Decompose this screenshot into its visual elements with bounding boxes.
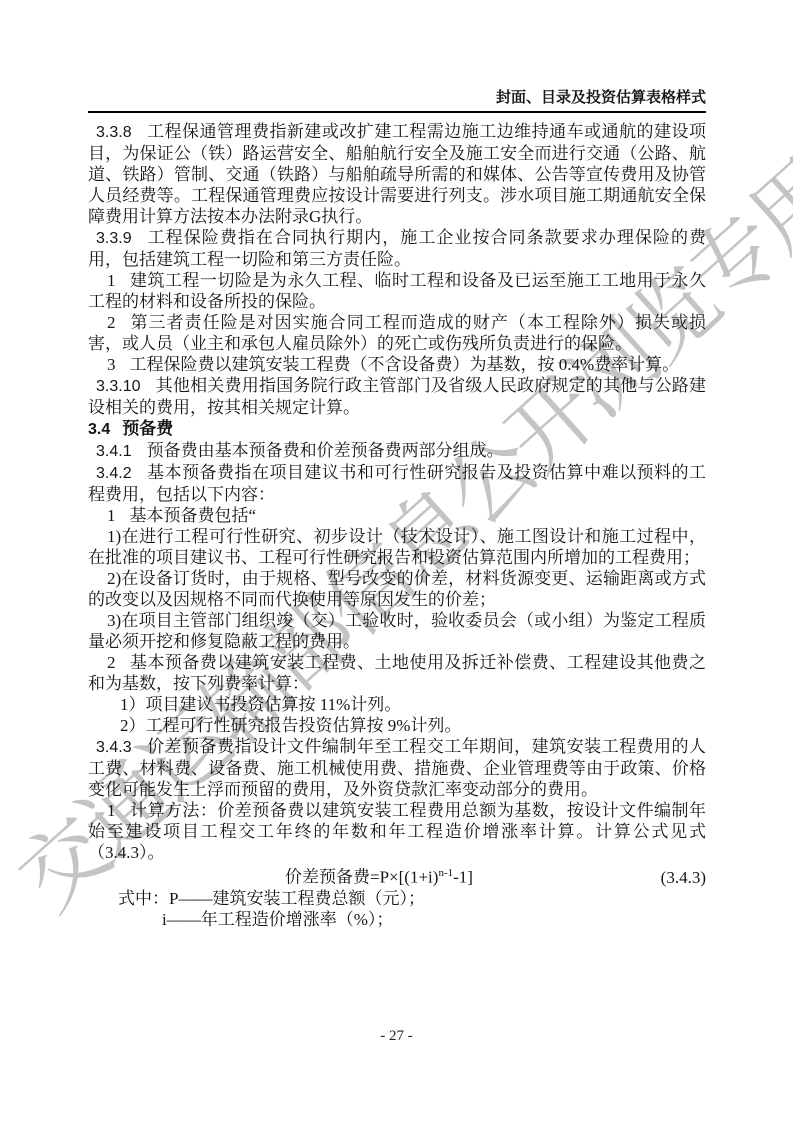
heading-title: 预备费 [122,419,173,438]
item-text: 计算方法：价差预备费以建筑安装工程费用总额为基数，按设计文件编制年始至建设项目工… [88,801,706,862]
list-subitem-3: 3)在项目主管部门组织竣（交）工验收时，验收委员会（或小组）为鉴定工程质量必须开… [88,610,706,652]
formula-line: 价差预备费=P×[(1+i)n-1-1] (3.4.3) [88,863,706,888]
item-text: 1）项目建议书投资估算按 11%计列。 [120,695,401,714]
formula-expression: 价差预备费=P×[(1+i)n-1-1] [285,863,473,888]
equation-number: (3.4.3) [661,867,706,888]
section-text: 预备费由基本预备费和价差预备费两部分组成。 [147,441,504,460]
item-text: 2)在设备订货时，由于规格、型号改变的价差，材料货源变更、运输距离或方式的改变以… [88,569,706,609]
rate-item-1: 1）项目建议书投资估算按 11%计列。 [88,694,706,715]
header-title: 封面、目录及投资估算表格样式 [496,90,706,106]
list-item-basic-reserve-2: 2基本预备费以建筑安装工程费、土地使用及拆迁补偿费、工程建设其他费之和为基数，按… [88,652,706,694]
where-text: 式中：P——建筑安装工程费总额（元）； [118,889,425,908]
section-text: 工程保通管理费指新建或改扩建工程需边施工边维持通车或通航的建设项目，为保证公（铁… [88,122,706,226]
section-number: 3.4.1 [96,443,132,460]
item-number: 2 [107,313,116,332]
list-item-insurance-3: 3工程保险费以建筑安装工程费（不含设备费）为基数，按 0.4%费率计算。 [88,354,706,375]
section-number: 3.4.3 [96,739,132,756]
section-number: 3.4.2 [96,465,132,482]
formula-where-i: i——年工程造价增涨率（%）； [88,909,706,930]
paragraph-3-4-2: 3.4.2基本预备费指在项目建议书和可行性研究报告及投资估算中难以预料的工程费用… [88,462,706,505]
formula-rhs: -1] [453,868,473,887]
page-header: 封面、目录及投资估算表格样式 [88,90,706,107]
formula-where-p: 式中：P——建筑安装工程费总额（元）； [88,888,706,909]
calc-method-item: 1计算方法：价差预备费以建筑安装工程费用总额为基数，按设计文件编制年始至建设项目… [88,800,706,863]
item-text: 工程保险费以建筑安装工程费（不含设备费）为基数，按 0.4%费率计算。 [130,355,680,374]
heading-3-4: 3.4预备费 [88,418,706,440]
section-text: 其他相关费用指国务院行政主管部门及省级人民政府规定的其他与公路建设相关的费用，按… [88,376,706,417]
section-number: 3.3.8 [96,124,132,141]
section-text: 价差预备费指设计文件编制年至工程交工年期间，建筑安装工程费用的人工费、材料费、设… [88,737,706,799]
list-item-insurance-2: 2第三者责任险是对因实施合同工程而造成的财产（本工程除外）损失或损害，或人员（业… [88,312,706,354]
paragraph-3-3-9: 3.3.9工程保险费指在合同执行期内，施工企业按合同条款要求办理保险的费用，包括… [88,227,706,270]
paragraph-3-4-3: 3.4.3价差预备费指设计文件编制年至工程交工年期间，建筑安装工程费用的人工费、… [88,736,706,800]
item-text: 基本预备费以建筑安装工程费、土地使用及拆迁补偿费、工程建设其他费之和为基数，按下… [88,653,706,693]
list-subitem-2: 2)在设备订货时，由于规格、型号改变的价差，材料货源变更、运输距离或方式的改变以… [88,568,706,610]
section-text: 工程保险费指在合同执行期内，施工企业按合同条款要求办理保险的费用，包括建筑工程一… [88,228,706,269]
paragraph-3-3-8: 3.3.8工程保通管理费指新建或改扩建工程需边施工边维持通车或通航的建设项目，为… [88,121,706,227]
section-number: 3.3.9 [96,230,132,247]
item-text: 第三者责任险是对因实施合同工程而造成的财产（本工程除外）损失或损害，或人员（业主… [88,313,706,353]
item-text: 基本预备费包括“ [130,506,257,525]
section-text: 基本预备费指在项目建议书和可行性研究报告及投资估算中难以预料的工程费用，包括以下… [88,463,706,504]
item-number: 1 [107,506,116,525]
item-number: 3 [107,355,116,374]
item-number: 1 [107,801,116,820]
section-number: 3.3.10 [96,378,140,395]
page-number: - 27 - [0,1028,793,1045]
page-body: 封面、目录及投资估算表格样式 3.3.8工程保通管理费指新建或改扩建工程需边施工… [0,0,793,930]
list-subitem-1: 1)在进行工程可行性研究、初步设计（技术设计）、施工图设计和施工过程中，在批准的… [88,526,706,568]
item-text: 2）工程可行性研究报告投资估算按 9%计列。 [120,716,461,735]
item-text: 1)在进行工程可行性研究、初步设计（技术设计）、施工图设计和施工过程中，在批准的… [88,527,706,567]
rate-item-2: 2）工程可行性研究报告投资估算按 9%计列。 [88,715,706,736]
list-item-basic-reserve-1: 1基本预备费包括“ [88,505,706,526]
item-text: 3)在项目主管部门组织竣（交）工验收时，验收委员会（或小组）为鉴定工程质量必须开… [88,611,706,651]
document-content: 3.3.8工程保通管理费指新建或改扩建工程需边施工边维持通车或通航的建设项目，为… [88,121,706,930]
list-item-insurance-1: 1建筑工程一切险是为永久工程、临时工程和设备及已运至施工工地用于永久工程的材料和… [88,270,706,312]
formula-lhs: 价差预备费=P×[(1+i) [285,868,438,887]
document-page: 交通运输部信息公开浏览专用 封面、目录及投资估算表格样式 3.3.8工程保通管理… [0,0,793,1122]
item-number: 1 [107,271,116,290]
heading-number: 3.4 [88,421,110,438]
paragraph-3-3-10: 3.3.10其他相关费用指国务院行政主管部门及省级人民政府规定的其他与公路建设相… [88,375,706,418]
formula-exponent: n-1 [438,867,453,879]
paragraph-3-4-1: 3.4.1预备费由基本预备费和价差预备费两部分组成。 [88,440,706,462]
item-number: 2 [107,653,116,672]
item-text: 建筑工程一切险是为永久工程、临时工程和设备及已运至施工工地用于永久工程的材料和设… [88,271,706,311]
where-text: i——年工程造价增涨率（%）； [162,910,393,929]
header-rule [88,111,706,113]
